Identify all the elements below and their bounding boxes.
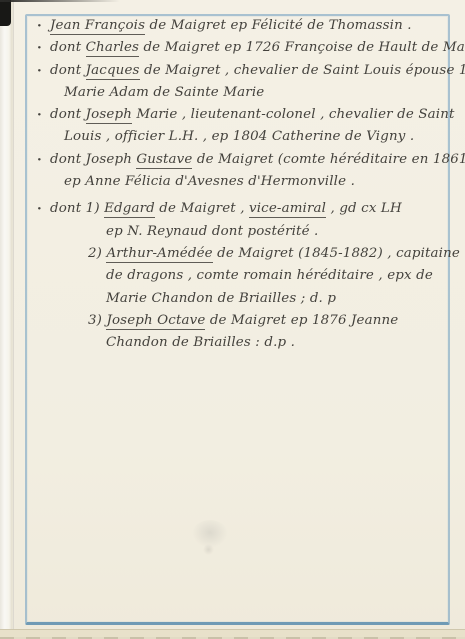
handwritten-line: ·dont Charles de Maigret ep 1726 Françoi… — [50, 37, 450, 59]
text-segment: de Maigret ep Félicité de Thomassin . — [145, 18, 412, 33]
text-segment: Louis , officier L.H. , ep 1804 Catherin… — [64, 129, 414, 144]
bullet-dot-icon: · — [37, 149, 42, 171]
handwriting-block: ·Jean François de Maigret ep Félicité de… — [50, 15, 450, 354]
handwritten-line: ·Jean François de Maigret ep Félicité de… — [50, 15, 450, 37]
bullet-dot-icon: · — [37, 198, 42, 220]
text-segment: Marie , lieutenant-colonel , chevalier d… — [132, 107, 455, 122]
underlined-name: Arthur-Amédée — [106, 246, 212, 263]
text-segment: 2) — [88, 246, 106, 261]
bullet-dot-icon: · — [37, 60, 42, 82]
handwritten-line: ·dont Jacques de Maigret , chevalier de … — [50, 60, 450, 82]
text-segment: dont Joseph — [50, 152, 136, 167]
text-segment: , gd cx LH — [326, 201, 402, 216]
handwritten-line: ·dont 1) Edgard de Maigret , vice-amiral… — [50, 198, 450, 220]
text-segment: de Maigret , — [155, 201, 249, 216]
text-segment: de Maigret , chevalier de Saint Louis ép… — [140, 63, 465, 78]
text-segment: de Maigret (1845-1882) , capitaine — [213, 246, 460, 261]
text-segment: de Maigret ep 1876 Jeanne — [205, 313, 398, 328]
scan-bottom-edge — [0, 629, 465, 639]
bullet-dot-icon: · — [37, 37, 42, 59]
handwritten-line: ·dont Joseph Gustave de Maigret (comte h… — [50, 149, 450, 171]
handwritten-line: Louis , officier L.H. , ep 1804 Catherin… — [50, 126, 450, 148]
bullet-dot-icon: · — [37, 104, 42, 126]
handwritten-line: 2) Arthur-Amédée de Maigret (1845-1882) … — [50, 243, 450, 265]
text-segment: Marie Chandon de Briailles ; d. p — [106, 291, 336, 306]
underlined-name: vice-amiral — [249, 201, 326, 218]
underlined-name: Jean François — [50, 18, 145, 35]
handwritten-line: de dragons , comte romain héréditaire , … — [50, 265, 450, 287]
underlined-name: Jacques — [86, 63, 140, 80]
underlined-name: Joseph Octave — [106, 313, 205, 330]
text-segment: dont — [50, 107, 86, 122]
underlined-name: Edgard — [104, 201, 155, 218]
text-segment: de dragons , comte romain héréditaire , … — [106, 268, 433, 283]
handwritten-line: ·dont Joseph Marie , lieutenant-colonel … — [50, 104, 450, 126]
underlined-name: Gustave — [136, 152, 192, 169]
handwritten-line: Chandon de Briailles : d.p . — [50, 332, 450, 354]
scan-corner-mark — [0, 0, 11, 26]
handwritten-line: Marie Adam de Sainte Marie — [50, 82, 450, 104]
handwritten-line: ep Anne Félicia d'Avesnes d'Hermonville … — [50, 171, 450, 193]
text-segment: dont — [50, 40, 86, 55]
underlined-name: Charles — [86, 40, 139, 57]
text-segment: Marie Adam de Sainte Marie — [64, 85, 264, 100]
handwritten-line: Marie Chandon de Briailles ; d. p — [50, 288, 450, 310]
embossed-stamp — [192, 520, 228, 548]
text-segment: ep Anne Félicia d'Avesnes d'Hermonville … — [64, 174, 355, 189]
text-segment: 3) — [88, 313, 106, 328]
handwritten-line: ep N. Reynaud dont postérité . — [50, 221, 450, 243]
scan-edge-left — [0, 0, 14, 639]
text-segment: dont 1) — [50, 201, 104, 216]
scan-edge-top — [0, 0, 120, 2]
bullet-dot-icon: · — [37, 15, 42, 37]
text-segment: dont — [50, 63, 86, 78]
underlined-name: Joseph — [86, 107, 132, 124]
text-segment: de Maigret ep 1726 Françoise de Hault de… — [139, 40, 465, 55]
text-segment: de Maigret (comte héréditaire en 1861 — [192, 152, 465, 167]
text-segment: ep N. Reynaud dont postérité . — [106, 224, 318, 239]
handwritten-line: 3) Joseph Octave de Maigret ep 1876 Jean… — [50, 310, 450, 332]
text-segment: Chandon de Briailles : d.p . — [106, 335, 295, 350]
